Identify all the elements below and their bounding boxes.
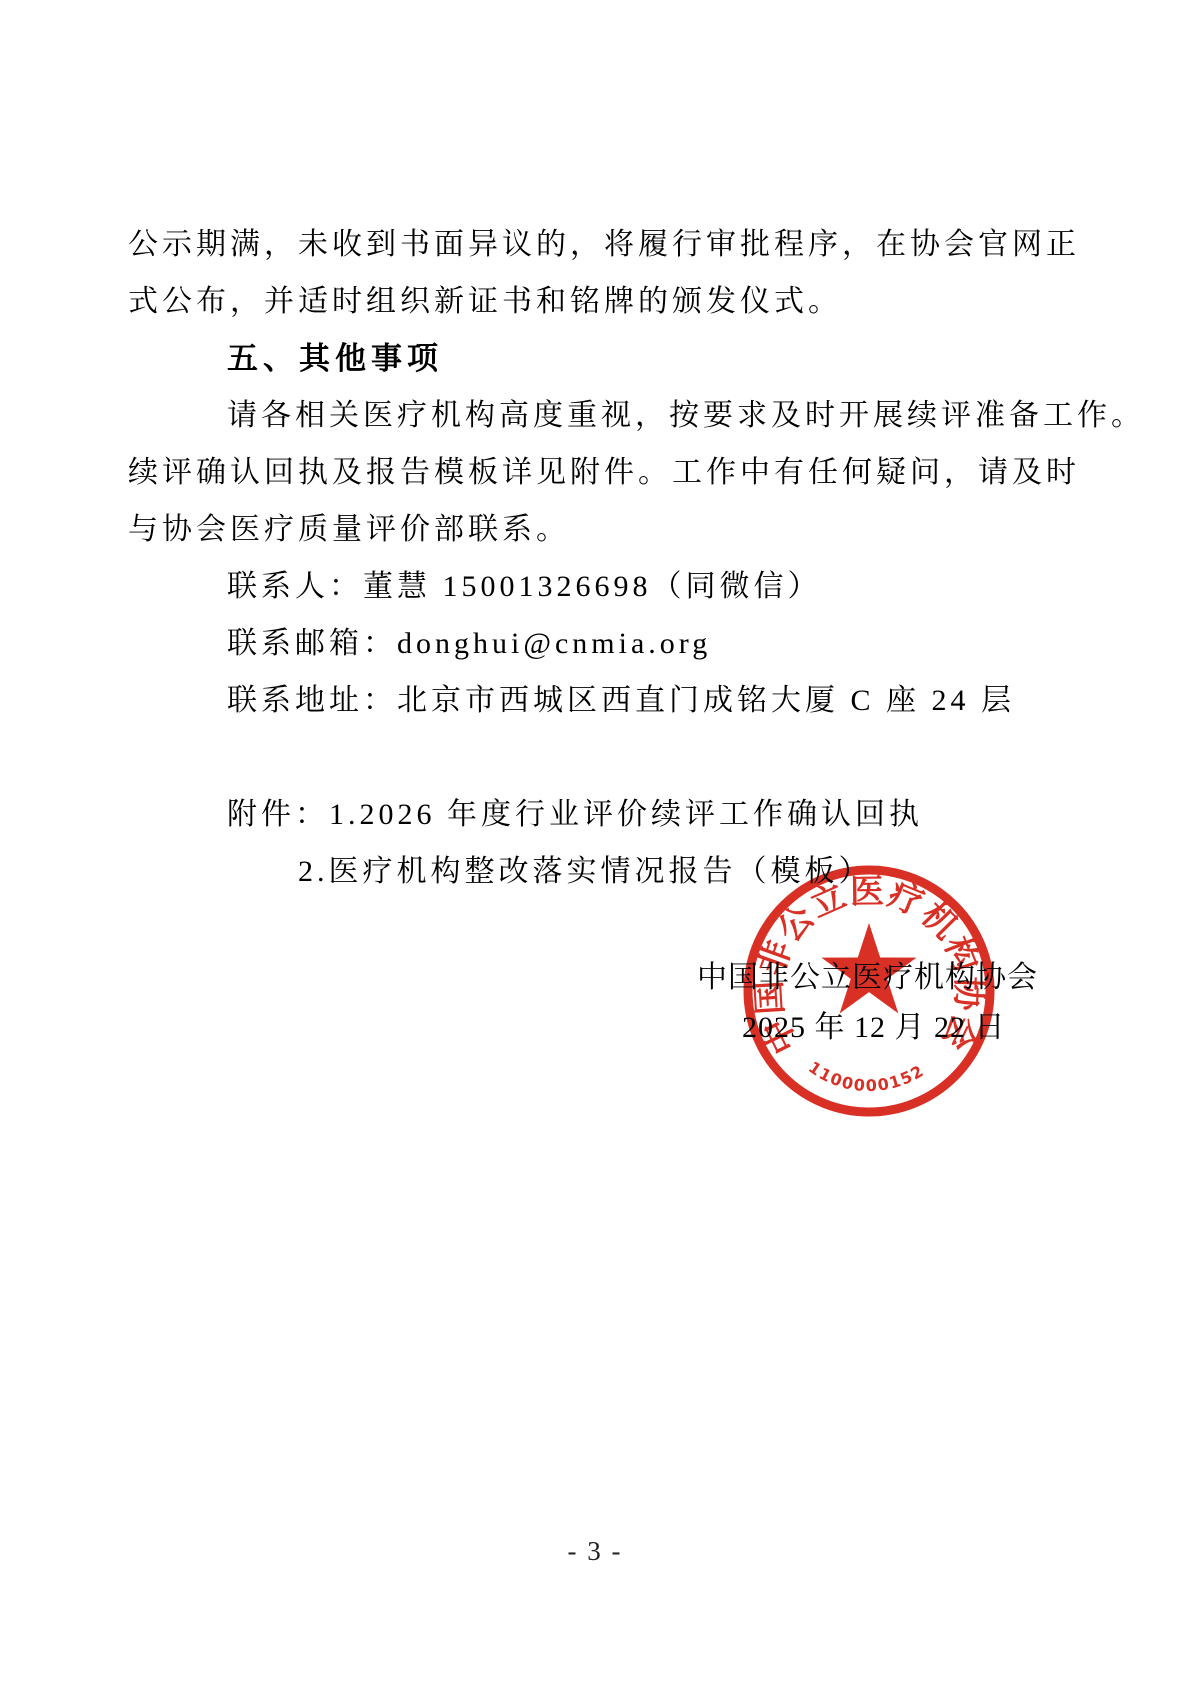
contact-address-line: 联系地址：北京市西城区西直门成铭大厦 C 座 24 层 bbox=[128, 672, 1103, 729]
contact-person-line: 联系人：董慧 15001326698（同微信） bbox=[128, 558, 1103, 615]
section-heading: 五、其他事项 bbox=[128, 330, 1103, 387]
paragraph-line: 与协会医疗质量评价部联系。 bbox=[128, 501, 1103, 558]
attachment-line-1: 附件：1.2026 年度行业评价续评工作确认回执 bbox=[128, 786, 1103, 843]
seal-star-icon bbox=[821, 923, 916, 1014]
contact-email-line: 联系邮箱：donghui@cnmia.org bbox=[128, 615, 1103, 672]
document-page: 公示期满，未收到书面异议的，将履行审批程序，在协会官网正 式公布，并适时组织新证… bbox=[0, 0, 1190, 1683]
document-body: 公示期满，未收到书面异议的，将履行审批程序，在协会官网正 式公布，并适时组织新证… bbox=[128, 216, 1103, 900]
paragraph-line: 请各相关医疗机构高度重视，按要求及时开展续评准备工作。 bbox=[128, 387, 1103, 444]
paragraph-line: 续评确认回执及报告模板详见附件。工作中有任何疑问，请及时 bbox=[128, 444, 1103, 501]
blank-line bbox=[128, 729, 1103, 786]
page-number: - 3 - bbox=[0, 1536, 1190, 1567]
official-seal-stamp: 中国非公立医疗机构协会 1100000152995 bbox=[739, 861, 999, 1121]
paragraph-line: 公示期满，未收到书面异议的，将履行审批程序，在协会官网正 bbox=[128, 216, 1103, 273]
paragraph-line: 式公布，并适时组织新证书和铭牌的颁发仪式。 bbox=[128, 273, 1103, 330]
